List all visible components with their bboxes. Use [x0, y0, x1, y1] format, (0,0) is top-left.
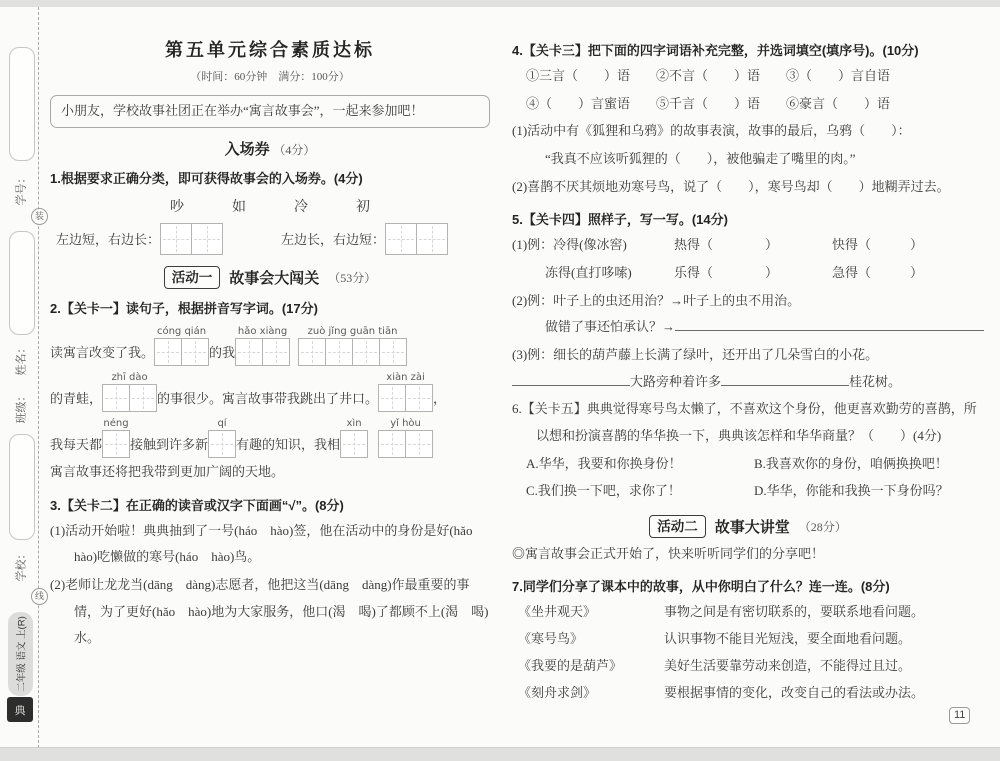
q5-row-2: 冻得(直打哆嗦) 乐得（ ） 急得（ ） [512, 260, 984, 287]
q5-example: 冻得(直打哆嗦) [545, 260, 674, 287]
pinyin-answer-grid[interactable]: hǎo xiàng [235, 325, 290, 366]
pinyin-label: xìn [347, 417, 362, 430]
activity-2-points: （28分） [799, 518, 847, 535]
question-6-text: 6.【关卡五】典典觉得寒号鸟太懒了，不喜欢这个身份，他更喜欢勤劳的喜鹊，所以想和… [512, 396, 984, 449]
story-title[interactable]: 《我要的是葫芦》 [512, 652, 664, 679]
page-top-edge [0, 0, 1000, 7]
activity-2-note: ◎寓言故事会正式开始了，快来听听同学们的分享吧！ [512, 541, 984, 567]
q2-line-4: 寓言故事还将把我带到更加广阔的天地。 [50, 459, 490, 486]
match-row: 《我要的是葫芦》 美好生活要靠劳动来创造，不能得过且过。 [512, 652, 984, 679]
classify-answer-row: 左边短，右边长： 左边长，右边短： [50, 223, 490, 255]
q3-item-1: (1)活动开始啦！典典抽到了一号(háo hào)签，他在活动中的身份是好(hǎ… [50, 518, 490, 571]
classify-char: 初 [356, 196, 370, 216]
question-7-header: 7.同学们分享了课本中的故事，从中你明白了什么？连一连。(8分) [512, 576, 984, 598]
exam-paper-page: 学号： 装 姓名： 班级： 学校： 线 二年级 语文 上(R) 典 第五单元综合… [0, 0, 1000, 761]
q5-blank-item[interactable]: 急得（ ） [832, 260, 923, 287]
story-title[interactable]: 《刻舟求剑》 [512, 679, 664, 706]
page-bottom-edge [0, 747, 1000, 761]
q5-blank-item[interactable]: 快得（ ） [832, 232, 923, 259]
activity-2-heading: 活动二 故事大讲堂 （28分） [512, 515, 984, 538]
classify-char: 如 [232, 196, 246, 216]
activity-1-heading: 活动一 故事会大闯关 （53分） [50, 266, 490, 289]
classify-char: 冷 [294, 196, 308, 216]
q4-item-2: (2)喜鹊不厌其烦地劝寒号鸟，说了（ ），寒号鸟却（ ）地糊弄过去。 [512, 174, 984, 201]
right-column: 4.【关卡三】把下面的四字词语补充完整，并选词填空(填序号)。(10分) ①三言… [512, 40, 984, 706]
intro-box: 小朋友，学校故事社团正在举办“寓言故事会”，一起来参加吧！ [50, 95, 490, 128]
pinyin-answer-grid[interactable]: xiàn zài [378, 371, 433, 412]
binding-char-zhuang: 装 [31, 208, 48, 225]
q4-item-1b: “我真不应该听狐狸的（ ），被他骗走了嘴里的肉。” [512, 146, 984, 173]
answer-blank[interactable] [721, 370, 849, 386]
q2-text: 读寓言改变了我。 [50, 342, 154, 366]
activity-1-points: （53分） [328, 269, 376, 286]
q4-idiom-row-1: ①三言（ ）语 ②不言（ ）语 ③（ ）言自语 [512, 63, 984, 90]
pinyin-label: cóng qián [157, 325, 206, 338]
question-5-header: 5.【关卡四】照样子，写一写。(14分) [512, 209, 984, 231]
q6-option-d[interactable]: D.华华，你能和我换一下身份吗？ [754, 477, 949, 504]
story-title[interactable]: 《坐井观天》 [512, 598, 664, 625]
q5-prompt: 做错了事还怕承认？→ [545, 314, 675, 341]
q5-example: (1)例：冷得(像冰窖) [512, 232, 674, 259]
pinyin-answer-grid[interactable]: zuò jǐng guān tiān [298, 325, 407, 366]
q2-text: 接触到许多新 [130, 434, 208, 458]
pinyin-label: zuò jǐng guān tiān [308, 325, 398, 338]
story-meaning[interactable]: 要根据事情的变化，改变自己的看法或办法。 [664, 679, 984, 706]
story-meaning[interactable]: 美好生活要靠劳动来创造，不能得过且过。 [664, 652, 984, 679]
book-edition-badge: 二年级 语文 上(R) [8, 612, 33, 696]
student-info-box[interactable] [9, 434, 35, 540]
brand-logo-icon: 典 [7, 697, 33, 722]
match-row: 《寒号鸟》 认识事物不能目光短浅，要全面地看问题。 [512, 625, 984, 652]
classify-characters-row: 吵 如 冷 初 [50, 196, 490, 216]
match-row: 《坐井观天》 事物之间是有密切联系的，要联系地看问题。 [512, 598, 984, 625]
pinyin-answer-grid[interactable]: qí [208, 417, 236, 458]
q2-text: 有趣的知识，我相 [236, 434, 340, 458]
question-4-header: 4.【关卡三】把下面的四字词语补充完整，并选词填空(填序号)。(10分) [512, 40, 984, 62]
q6-option-a[interactable]: A.华华，我要和你换身份！ [526, 450, 754, 477]
q3-item-2: (2)老师让龙龙当(dāng dàng)志愿者，他把这当(dāng dàng)作… [50, 572, 490, 652]
ticket-heading-text: 入场券 [225, 141, 270, 158]
story-meaning[interactable]: 认识事物不能目光短浅，要全面地看问题。 [664, 625, 984, 652]
answer-blank[interactable] [512, 370, 630, 386]
match-row: 《刻舟求剑》 要根据事情的变化，改变自己的看法或办法。 [512, 679, 984, 706]
q5-blank-item[interactable]: 热得（ ） [674, 232, 832, 259]
q5-fill-mid: 大路旁种着许多 [630, 369, 721, 396]
student-info-box[interactable] [9, 47, 35, 161]
student-name-label: 姓名： [0, 336, 40, 382]
pinyin-label: xiàn zài [386, 371, 425, 384]
page-title: 第五单元综合素质达标 [50, 36, 490, 62]
q6-options-cd: C.我们换一下吧，求你了！ D.华华，你能和我换一下身份吗？ [512, 477, 984, 504]
q6-option-b[interactable]: B.我喜欢你的身份，咱俩换换吧！ [754, 450, 948, 477]
pinyin-answer-grid[interactable]: zhī dào [102, 371, 157, 412]
q2-text: 的事很少。寓言故事带我跳出了井口。 [157, 388, 378, 412]
student-info-box[interactable] [9, 231, 35, 335]
q5-item-2-example: (2)例：叶子上的虫还用治？→叶子上的虫不用治。 [512, 288, 984, 315]
answer-grid[interactable] [385, 223, 448, 255]
question-1-header: 1.根据要求正确分类，即可获得故事会的入场券。(4分) [50, 168, 490, 190]
exam-time-score: （时间：60分钟 满分：100分） [50, 68, 490, 84]
pinyin-answer-grid[interactable]: cóng qián [154, 325, 209, 366]
student-class-label: 班级： [0, 384, 40, 430]
q6-options-ab: A.华华，我要和你换身份！ B.我喜欢你的身份，咱俩换换吧！ [512, 450, 984, 477]
activity-2-badge: 活动二 [649, 515, 706, 538]
answer-blank[interactable] [675, 315, 984, 331]
student-school-label: 学校： [0, 542, 40, 588]
story-title[interactable]: 《寒号鸟》 [512, 625, 664, 652]
q5-item-3-example: (3)例：细长的葫芦藤上长满了绿叶，还开出了几朵雪白的小花。 [512, 342, 984, 369]
pinyin-label: zhī dào [111, 371, 147, 384]
ticket-section-heading: 入场券 （4分） [50, 138, 490, 159]
classify-left-label: 左边短，右边长： [50, 229, 160, 248]
activity-1-badge: 活动一 [164, 266, 221, 289]
question-2-header: 2.【关卡一】读句子，根据拼音写字词。(17分) [50, 298, 490, 320]
answer-grid[interactable] [160, 223, 223, 255]
q5-item-2-fill: 做错了事还怕承认？→ [512, 314, 984, 341]
pinyin-answer-grid[interactable]: xìn [340, 417, 368, 458]
q2-line-1: 读寓言改变了我。 cóng qián 的我 hǎo xiàng zuò jǐng… [50, 325, 490, 366]
pinyin-label: hǎo xiàng [238, 325, 287, 338]
ticket-points: （4分） [273, 143, 315, 157]
q2-text: 我每天都 [50, 434, 102, 458]
pinyin-label: néng [103, 417, 128, 430]
question-3-header: 3.【关卡二】在正确的读音或汉字下面画“√”。(8分) [50, 495, 490, 517]
q4-idiom-row-2: ④（ ）言蜜语 ⑤千言（ ）语 ⑥豪言（ ）语 [512, 91, 984, 118]
activity-1-title: 故事会大闯关 [229, 267, 319, 288]
q4-item-1a: (1)活动中有《狐狸和乌鸦》的故事表演，故事的最后，乌鸦（ ）： [512, 118, 984, 145]
q2-text: 的青蛙， [50, 388, 102, 412]
q2-line-2: 的青蛙， zhī dào 的事很少。寓言故事带我跳出了井口。 xiàn zài … [50, 371, 490, 412]
student-id-label: 学号： [0, 166, 40, 212]
q5-fill-end: 桂花树。 [849, 369, 901, 396]
pinyin-label: qí [217, 417, 226, 430]
q2-text: 的我 [209, 342, 235, 366]
q5-item-3-fill: 大路旁种着许多 桂花树。 [512, 369, 984, 396]
binding-char-xian: 线 [31, 588, 48, 605]
pinyin-answer-grid[interactable]: yǐ hòu [378, 417, 433, 458]
story-meaning[interactable]: 事物之间是有密切联系的，要联系地看问题。 [664, 598, 984, 625]
q6-option-c[interactable]: C.我们换一下吧，求你了！ [526, 477, 754, 504]
q2-line-3: 我每天都 néng 接触到许多新 qí 有趣的知识，我相 xìn yǐ hòu [50, 417, 490, 458]
q5-blank-item[interactable]: 乐得（ ） [674, 260, 832, 287]
page-number: 11 [949, 707, 970, 724]
q2-text: ， [433, 388, 446, 412]
left-column: 第五单元综合素质达标 （时间：60分钟 满分：100分） 小朋友，学校故事社团正… [50, 36, 490, 652]
activity-2-title: 故事大讲堂 [715, 516, 790, 537]
classify-right-label: 左边长，右边短： [281, 229, 385, 248]
pinyin-answer-grid[interactable]: néng [102, 417, 130, 458]
pinyin-label: yǐ hòu [390, 417, 421, 430]
classify-char: 吵 [170, 196, 184, 216]
q5-row-1: (1)例：冷得(像冰窖) 热得（ ） 快得（ ） [512, 232, 984, 259]
